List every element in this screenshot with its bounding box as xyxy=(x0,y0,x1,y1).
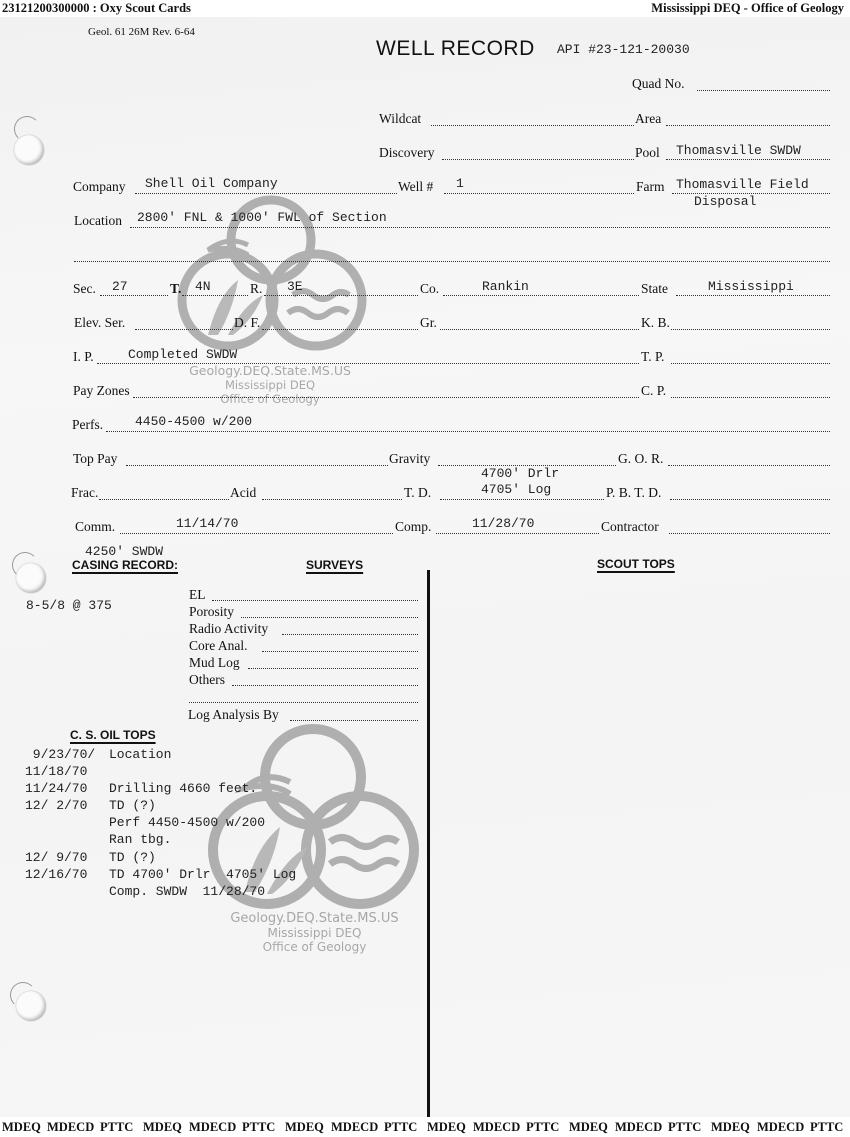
casing-record-heading: CASING RECORD: xyxy=(72,558,178,572)
oil-tops-date: 11/18/70 xyxy=(25,764,87,779)
perfs-label: Perfs. xyxy=(72,417,103,433)
footer-tag: MDEQ xyxy=(427,1120,466,1135)
well-no-value: 1 xyxy=(456,176,464,191)
ip-field xyxy=(97,363,639,364)
survey-blank-field xyxy=(189,702,418,703)
watermark-office: Office of Geology xyxy=(212,940,417,954)
pay-zones-field xyxy=(133,397,639,398)
top-pay-field xyxy=(126,465,388,466)
survey-porosity-label: Porosity xyxy=(189,604,234,620)
quad-no-label: Quad No. xyxy=(632,76,685,92)
footer-tag: MDECD xyxy=(615,1120,662,1135)
cs-oil-tops-heading: C. S. OIL TOPS xyxy=(70,728,156,742)
td-value-log: 4705' Log xyxy=(481,482,551,497)
county-value: Rankin xyxy=(482,279,529,294)
county-label: Co. xyxy=(420,281,439,297)
sec-field xyxy=(100,295,168,296)
ip-label: I. P. xyxy=(73,349,94,365)
sec-value: 27 xyxy=(112,279,128,294)
footer-tag: PTTC xyxy=(242,1120,275,1135)
df-field xyxy=(262,329,418,330)
location-field xyxy=(130,227,830,228)
scout-tops-heading: SCOUT TOPS xyxy=(597,557,675,571)
company-value: Shell Oil Company xyxy=(145,176,278,191)
comm-label: Comm. xyxy=(75,519,115,535)
footer-tag: MDEQ xyxy=(143,1120,182,1135)
comm-value: 11/14/70 xyxy=(176,516,238,531)
footer-tag: PTTC xyxy=(668,1120,701,1135)
location-label: Location xyxy=(74,213,122,229)
range-field xyxy=(264,295,418,296)
gr-field xyxy=(440,329,639,330)
comp-label: Comp. xyxy=(395,519,431,535)
area-label: Area xyxy=(635,111,661,127)
footer-tag: MDECD xyxy=(473,1120,520,1135)
cp-label: C. P. xyxy=(641,383,666,399)
df-label: D. F. xyxy=(234,315,260,331)
page-footer: MDEQ MDECD PTTC MDEQ MDECD PTTC MDEQ MDE… xyxy=(0,1117,850,1137)
survey-el-label: EL xyxy=(189,587,206,603)
state-label: State xyxy=(641,281,668,297)
survey-others-label: Others xyxy=(189,672,225,688)
pbtd-label: P. B. T. D. xyxy=(606,485,661,501)
watermark-office: Office of Geology xyxy=(170,392,370,406)
elev-ser-field xyxy=(135,329,233,330)
cp-field xyxy=(671,397,830,398)
wildcat-label: Wildcat xyxy=(379,111,421,127)
comp-field xyxy=(436,533,599,534)
gor-field xyxy=(668,465,830,466)
area-field xyxy=(666,125,830,126)
pay-zones-label: Pay Zones xyxy=(73,383,130,399)
elev-ser-label: Elev. Ser. xyxy=(74,315,125,331)
township-label: T. xyxy=(170,281,181,297)
well-no-field xyxy=(444,193,634,194)
sec-label: Sec. xyxy=(73,281,96,297)
pbtd-field xyxy=(670,499,830,500)
location-continuation-field xyxy=(74,261,830,262)
survey-porosity-field xyxy=(241,617,418,618)
quad-no-field xyxy=(697,90,830,91)
survey-mud-log-field xyxy=(248,668,418,669)
comm-field xyxy=(120,533,393,534)
county-field xyxy=(443,295,639,296)
company-field xyxy=(135,193,397,194)
state-value: Mississippi xyxy=(708,279,794,294)
pool-value: Thomasville SWDW xyxy=(676,143,801,158)
farm-label: Farm xyxy=(636,179,665,195)
gr-label: Gr. xyxy=(420,315,437,331)
footer-tag: PTTC xyxy=(384,1120,417,1135)
kb-label: K. B. xyxy=(641,315,670,331)
footer-tag: MDECD xyxy=(189,1120,236,1135)
oil-tops-text: Ran tbg. xyxy=(109,832,171,847)
oil-tops-text: Location xyxy=(109,747,171,762)
footer-tag: MDEQ xyxy=(569,1120,608,1135)
survey-core-anal-field xyxy=(262,651,418,652)
watermark-url: Geology.DEQ.State.MS.US xyxy=(170,363,370,378)
oil-tops-date: 12/16/70 xyxy=(25,867,87,882)
footer-tag: MDECD xyxy=(757,1120,804,1135)
township-field xyxy=(182,295,248,296)
survey-el-field xyxy=(212,600,418,601)
td-label: T. D. xyxy=(404,485,431,501)
pool-label: Pool xyxy=(635,145,660,161)
perfs-field xyxy=(106,431,830,432)
casing-note: 4250' SWDW xyxy=(85,544,163,559)
oil-tops-text: TD (?) xyxy=(109,798,156,813)
well-record-card: Geology.DEQ.State.MS.US Mississippi DEQ … xyxy=(0,17,850,1117)
oil-tops-text: Perf 4450-4500 w/200 xyxy=(109,815,265,830)
tp-label: T. P. xyxy=(641,349,664,365)
ip-value: Completed SWDW xyxy=(128,347,237,362)
oil-tops-text: Drilling 4660 feet. xyxy=(109,781,257,796)
footer-tag: MDECD xyxy=(47,1120,94,1135)
acid-field xyxy=(262,499,402,500)
watermark-url: Geology.DEQ.State.MS.US xyxy=(212,911,417,926)
form-code: Geol. 61 26M Rev. 6-64 xyxy=(88,26,195,38)
pool-field xyxy=(666,159,830,160)
punch-hole-icon xyxy=(14,135,44,165)
watermark-text: Geology.DEQ.State.MS.US Mississippi DEQ … xyxy=(170,363,370,406)
footer-tag: PTTC xyxy=(526,1120,559,1135)
discovery-field xyxy=(442,159,634,160)
footer-tag: PTTC xyxy=(810,1120,843,1135)
log-analysis-by-label: Log Analysis By xyxy=(188,707,279,723)
survey-core-anal-label: Core Anal. xyxy=(189,638,248,654)
td-field xyxy=(440,499,604,500)
farm-value-line2: Disposal xyxy=(694,194,756,209)
oil-tops-text: TD (?) xyxy=(109,850,156,865)
watermark-agency: Mississippi DEQ xyxy=(170,378,370,392)
oil-tops-date: 9/23/70/ xyxy=(25,747,95,762)
footer-tag: MDEQ xyxy=(2,1120,41,1135)
company-label: Company xyxy=(73,179,126,195)
gravity-label: Gravity xyxy=(389,451,430,467)
state-field xyxy=(676,295,830,296)
punch-hole-icon xyxy=(16,563,46,593)
footer-tag: PTTC xyxy=(100,1120,133,1135)
td-value-drlr: 4700' Drlr xyxy=(481,466,559,481)
contractor-field xyxy=(669,533,830,534)
survey-others-field xyxy=(232,685,418,686)
oil-tops-date: 11/24/70 xyxy=(25,781,87,796)
agency-title: Mississippi DEQ - Office of Geology xyxy=(651,1,844,16)
oil-tops-date: 12/ 9/70 xyxy=(25,850,87,865)
oil-tops-text: Comp. SWDW 11/28/70 xyxy=(109,884,265,899)
location-value: 2800' FNL & 1000' FWL of Section xyxy=(137,210,387,225)
tp-field xyxy=(671,363,830,364)
frac-field xyxy=(99,499,229,500)
record-id-title: 23121200300000 : Oxy Scout Cards xyxy=(2,1,191,16)
contractor-label: Contractor xyxy=(601,519,659,535)
well-no-label: Well # xyxy=(398,179,433,195)
gor-label: G. O. R. xyxy=(618,451,663,467)
kb-field xyxy=(671,329,830,330)
punch-hole-icon xyxy=(16,991,46,1021)
watermark-agency: Mississippi DEQ xyxy=(212,926,417,940)
comp-value: 11/28/70 xyxy=(472,516,534,531)
footer-tag: MDEQ xyxy=(711,1120,750,1135)
form-title: WELL RECORD xyxy=(376,37,535,61)
survey-radio-activity-label: Radio Activity xyxy=(189,621,268,637)
surveys-heading: SURVEYS xyxy=(306,558,363,572)
api-number: API #23-121-20030 xyxy=(557,42,690,57)
oil-tops-date: 12/ 2/70 xyxy=(25,798,87,813)
column-divider xyxy=(427,570,430,1130)
farm-value-line1: Thomasville Field xyxy=(676,177,809,192)
wildcat-field xyxy=(431,125,634,126)
survey-mud-log-label: Mud Log xyxy=(189,655,240,671)
discovery-label: Discovery xyxy=(379,145,434,161)
casing-entry: 8-5/8 @ 375 xyxy=(26,598,112,613)
frac-label: Frac. xyxy=(71,485,98,501)
log-analysis-by-field xyxy=(290,720,418,721)
range-value: 3E xyxy=(287,279,303,294)
acid-label: Acid xyxy=(230,485,256,501)
oil-tops-text: TD 4700' Drlr 4705' Log xyxy=(109,867,296,882)
survey-radio-activity-field xyxy=(282,634,418,635)
footer-tag: MDEQ xyxy=(285,1120,324,1135)
top-pay-label: Top Pay xyxy=(73,451,117,467)
page-header: 23121200300000 : Oxy Scout Cards Mississ… xyxy=(0,0,850,17)
township-value: 4N xyxy=(195,279,211,294)
perfs-value: 4450-4500 w/200 xyxy=(135,414,252,429)
watermark-text: Geology.DEQ.State.MS.US Mississippi DEQ … xyxy=(212,911,417,954)
range-label: R. xyxy=(250,281,262,297)
footer-tag: MDECD xyxy=(331,1120,378,1135)
